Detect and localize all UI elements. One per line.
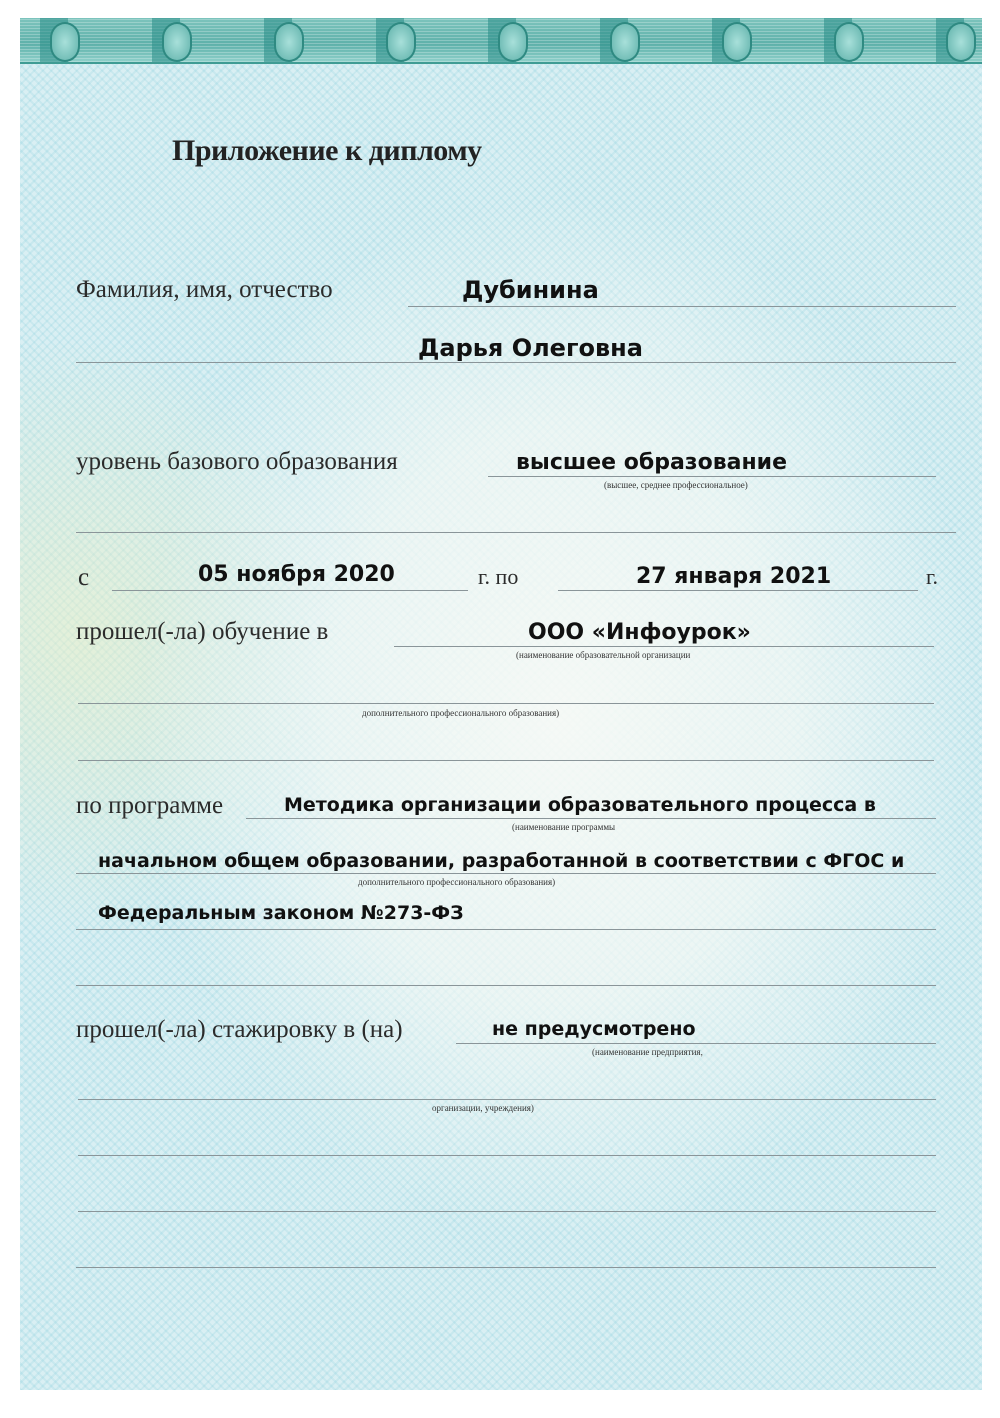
program-underline-2 xyxy=(76,873,936,874)
program-line-3: Федеральным законом №273-ФЗ xyxy=(98,902,464,924)
diploma-supplement-page xyxy=(20,18,982,1390)
fio-surname: Дубинина xyxy=(462,276,599,304)
internship-underline-2 xyxy=(78,1099,936,1100)
ornament-icon xyxy=(50,22,80,62)
training-label: прошел(-ла) обучение в xyxy=(76,618,328,646)
ornament-icon xyxy=(386,22,416,62)
training-underline-2 xyxy=(78,703,934,704)
ornament-icon xyxy=(834,22,864,62)
internship-hint-2: организации, учреждения) xyxy=(432,1103,534,1113)
blank-line xyxy=(76,985,936,986)
document-title: Приложение к диплому xyxy=(172,134,482,168)
base-education-hint: (высшее, среднее профессиональное) xyxy=(604,480,748,490)
period-to-date: 27 января 2021 xyxy=(636,564,831,589)
training-hint-2: дополнительного профессионального образо… xyxy=(362,708,559,718)
ornament-icon xyxy=(274,22,304,62)
period-year-suffix: г. xyxy=(926,564,938,590)
period-from-underline xyxy=(112,590,468,591)
blank-line xyxy=(76,1267,936,1268)
decorative-border-band xyxy=(20,18,982,64)
program-line-1: Методика организации образовательного пр… xyxy=(284,794,876,816)
blank-line xyxy=(76,532,956,533)
program-label: по программе xyxy=(76,792,223,820)
blank-line xyxy=(78,760,934,761)
base-education-label: уровень базового образования xyxy=(76,448,398,476)
blank-line xyxy=(78,1155,936,1156)
base-education-underline xyxy=(488,476,936,477)
blank-line xyxy=(78,1211,936,1212)
ornament-icon xyxy=(162,22,192,62)
internship-value: не предусмотрено xyxy=(492,1018,696,1040)
internship-hint-1: (наименование предприятия, xyxy=(592,1047,703,1057)
internship-label: прошел(-ла) стажировку в (на) xyxy=(76,1016,403,1044)
fio-label: Фамилия, имя, отчество xyxy=(76,276,333,304)
fio-given-names: Дарья Олеговна xyxy=(418,334,643,362)
program-hint-2: дополнительного профессионального образо… xyxy=(358,877,555,887)
base-education-value: высшее образование xyxy=(516,450,787,475)
period-to-underline xyxy=(558,590,918,591)
period-to-prefix: г. по xyxy=(478,564,518,590)
training-underline xyxy=(394,646,934,647)
training-hint-1: (наименование образовательной организаци… xyxy=(516,650,690,660)
program-underline-3 xyxy=(76,929,936,930)
period-from-date: 05 ноября 2020 xyxy=(198,562,395,587)
ornament-icon xyxy=(722,22,752,62)
period-from-prefix: с xyxy=(78,564,89,592)
program-line-2: начальном общем образовании, разработанн… xyxy=(98,850,904,872)
fio-underline-2 xyxy=(76,362,956,363)
ornament-icon xyxy=(498,22,528,62)
internship-underline xyxy=(456,1043,936,1044)
training-organization: ООО «Инфоурок» xyxy=(528,620,751,645)
program-hint-1: (наименование программы xyxy=(512,822,615,832)
fio-underline xyxy=(408,306,956,307)
ornament-icon xyxy=(946,22,976,62)
ornament-icon xyxy=(610,22,640,62)
program-underline-1 xyxy=(246,818,936,819)
